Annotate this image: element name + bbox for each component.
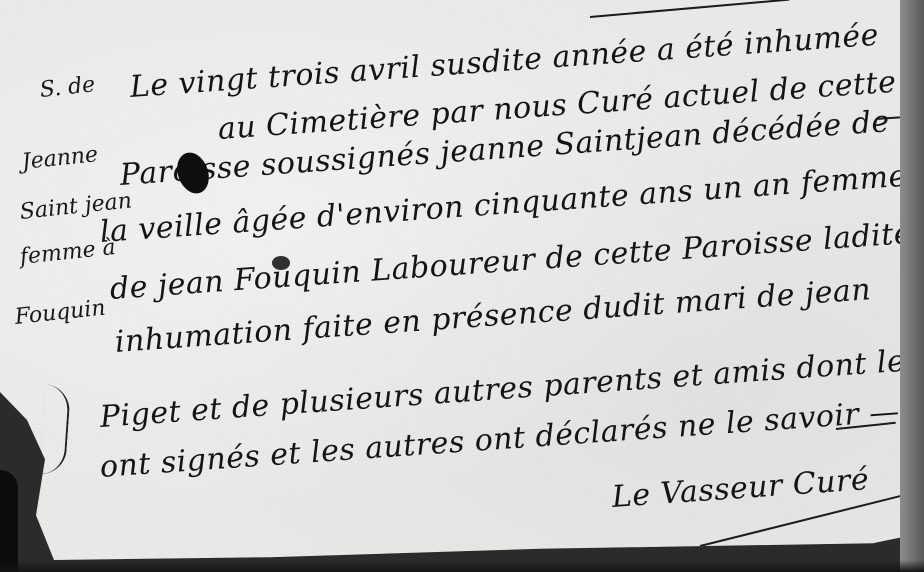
ink-blot <box>272 256 290 270</box>
signature-flourish <box>640 546 780 551</box>
signature: Le Vasseur Curé <box>611 462 870 515</box>
margin-note: S. de <box>39 72 97 103</box>
scan-shadow-bottom <box>0 560 924 572</box>
margin-brace <box>39 384 71 476</box>
top-pen-stroke <box>590 0 789 17</box>
scan-edge-right <box>900 0 924 572</box>
margin-note: Jeanne <box>21 142 100 175</box>
scan-shadow-left <box>0 470 18 572</box>
paper-sheet: S. de Jeanne Saint jean femme à Fouquin … <box>0 0 900 560</box>
margin-note: Fouquin <box>14 296 107 330</box>
scanned-document: S. de Jeanne Saint jean femme à Fouquin … <box>0 0 924 572</box>
